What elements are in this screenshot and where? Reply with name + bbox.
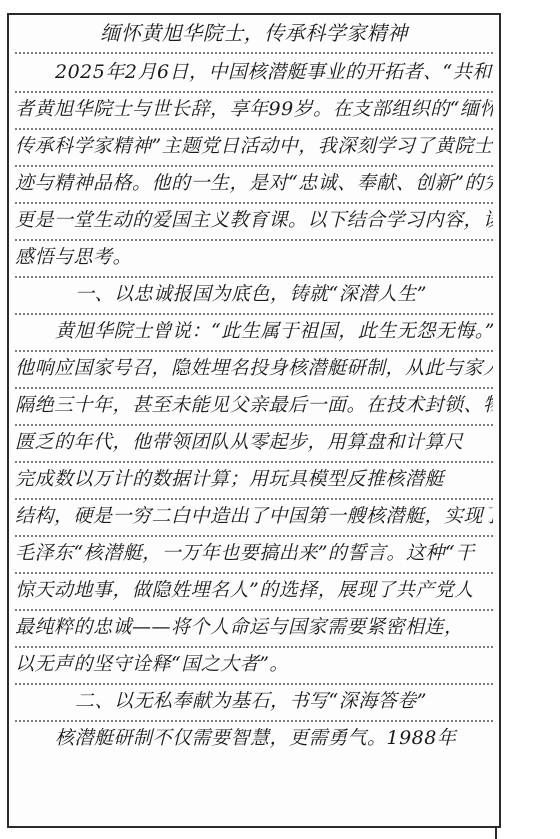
essay-line: 匮乏的年代，他带领团队从零起步，用算盘和计算尺 — [15, 424, 493, 463]
essay-line: 以无声的坚守诠释“国之大者”。 — [15, 646, 493, 685]
essay-line: 惊天动地事，做隐姓埋名人”的选择，展现了共产党人 — [15, 572, 493, 611]
essay-line: 隔绝三十年，甚至未能见父亲最后一面。在技术封锁、物资 — [15, 387, 493, 426]
essay-line: 2025年2月6日，中国核潜艇事业的开拓者、“共和国勋章”获得 — [15, 54, 493, 93]
essay-line: 结构，硬是一穷二白中造出了中国第一艘核潜艇，实现了 — [15, 498, 493, 537]
essay-line: 最纯粹的忠诚——将个人命运与国家需要紧密相连， — [15, 609, 493, 648]
essay-line: 迹与精神品格。他的一生，是对“忠诚、奉献、创新”的完美诠释， — [15, 165, 493, 204]
essay-sheet: 缅怀黄旭华院士，传承科学家精神 2025年2月6日，中国核潜艇事业的开拓者、“共… — [7, 13, 501, 828]
section-heading-2: 二、以无私奉献为基石，书写“深海答卷” — [15, 683, 493, 722]
essay-line: 者黄旭华院士与世长辞，享年99岁。在支部组织的“缅怀黄旭华院士 — [15, 91, 493, 130]
section-heading-1: 一、以忠诚报国为底色，铸就“深潜人生” — [15, 276, 493, 315]
essay-title: 缅怀黄旭华院士，传承科学家精神 — [15, 15, 493, 54]
essay-line: 传承科学家精神”主题党日活动中，我深刻学习了黄院士的感人事 — [15, 128, 493, 167]
essay-line: 感悟与思考。 — [15, 239, 493, 278]
essay-line: 黄旭华院士曾说：“此生属于祖国，此生无怨无悔。”1958年， — [15, 313, 493, 352]
essay-line: 毛泽东“核潜艇，一万年也要搞出来”的誓言。这种“干 — [15, 535, 493, 574]
essay-line: 他响应国家号召，隐姓埋名投身核潜艇研制，从此与家人 — [15, 350, 493, 389]
essay-line: 更是一堂生动的爱国主义教育课。以下结合学习内容，谈谈我的 — [15, 202, 493, 241]
pen-stroke-tail — [495, 826, 497, 839]
essay-line: 完成数以万计的数据计算；用玩具模型反推核潜艇 — [15, 461, 493, 500]
essay-line: 核潜艇研制不仅需要智慧，更需勇气。1988年 — [15, 720, 493, 757]
